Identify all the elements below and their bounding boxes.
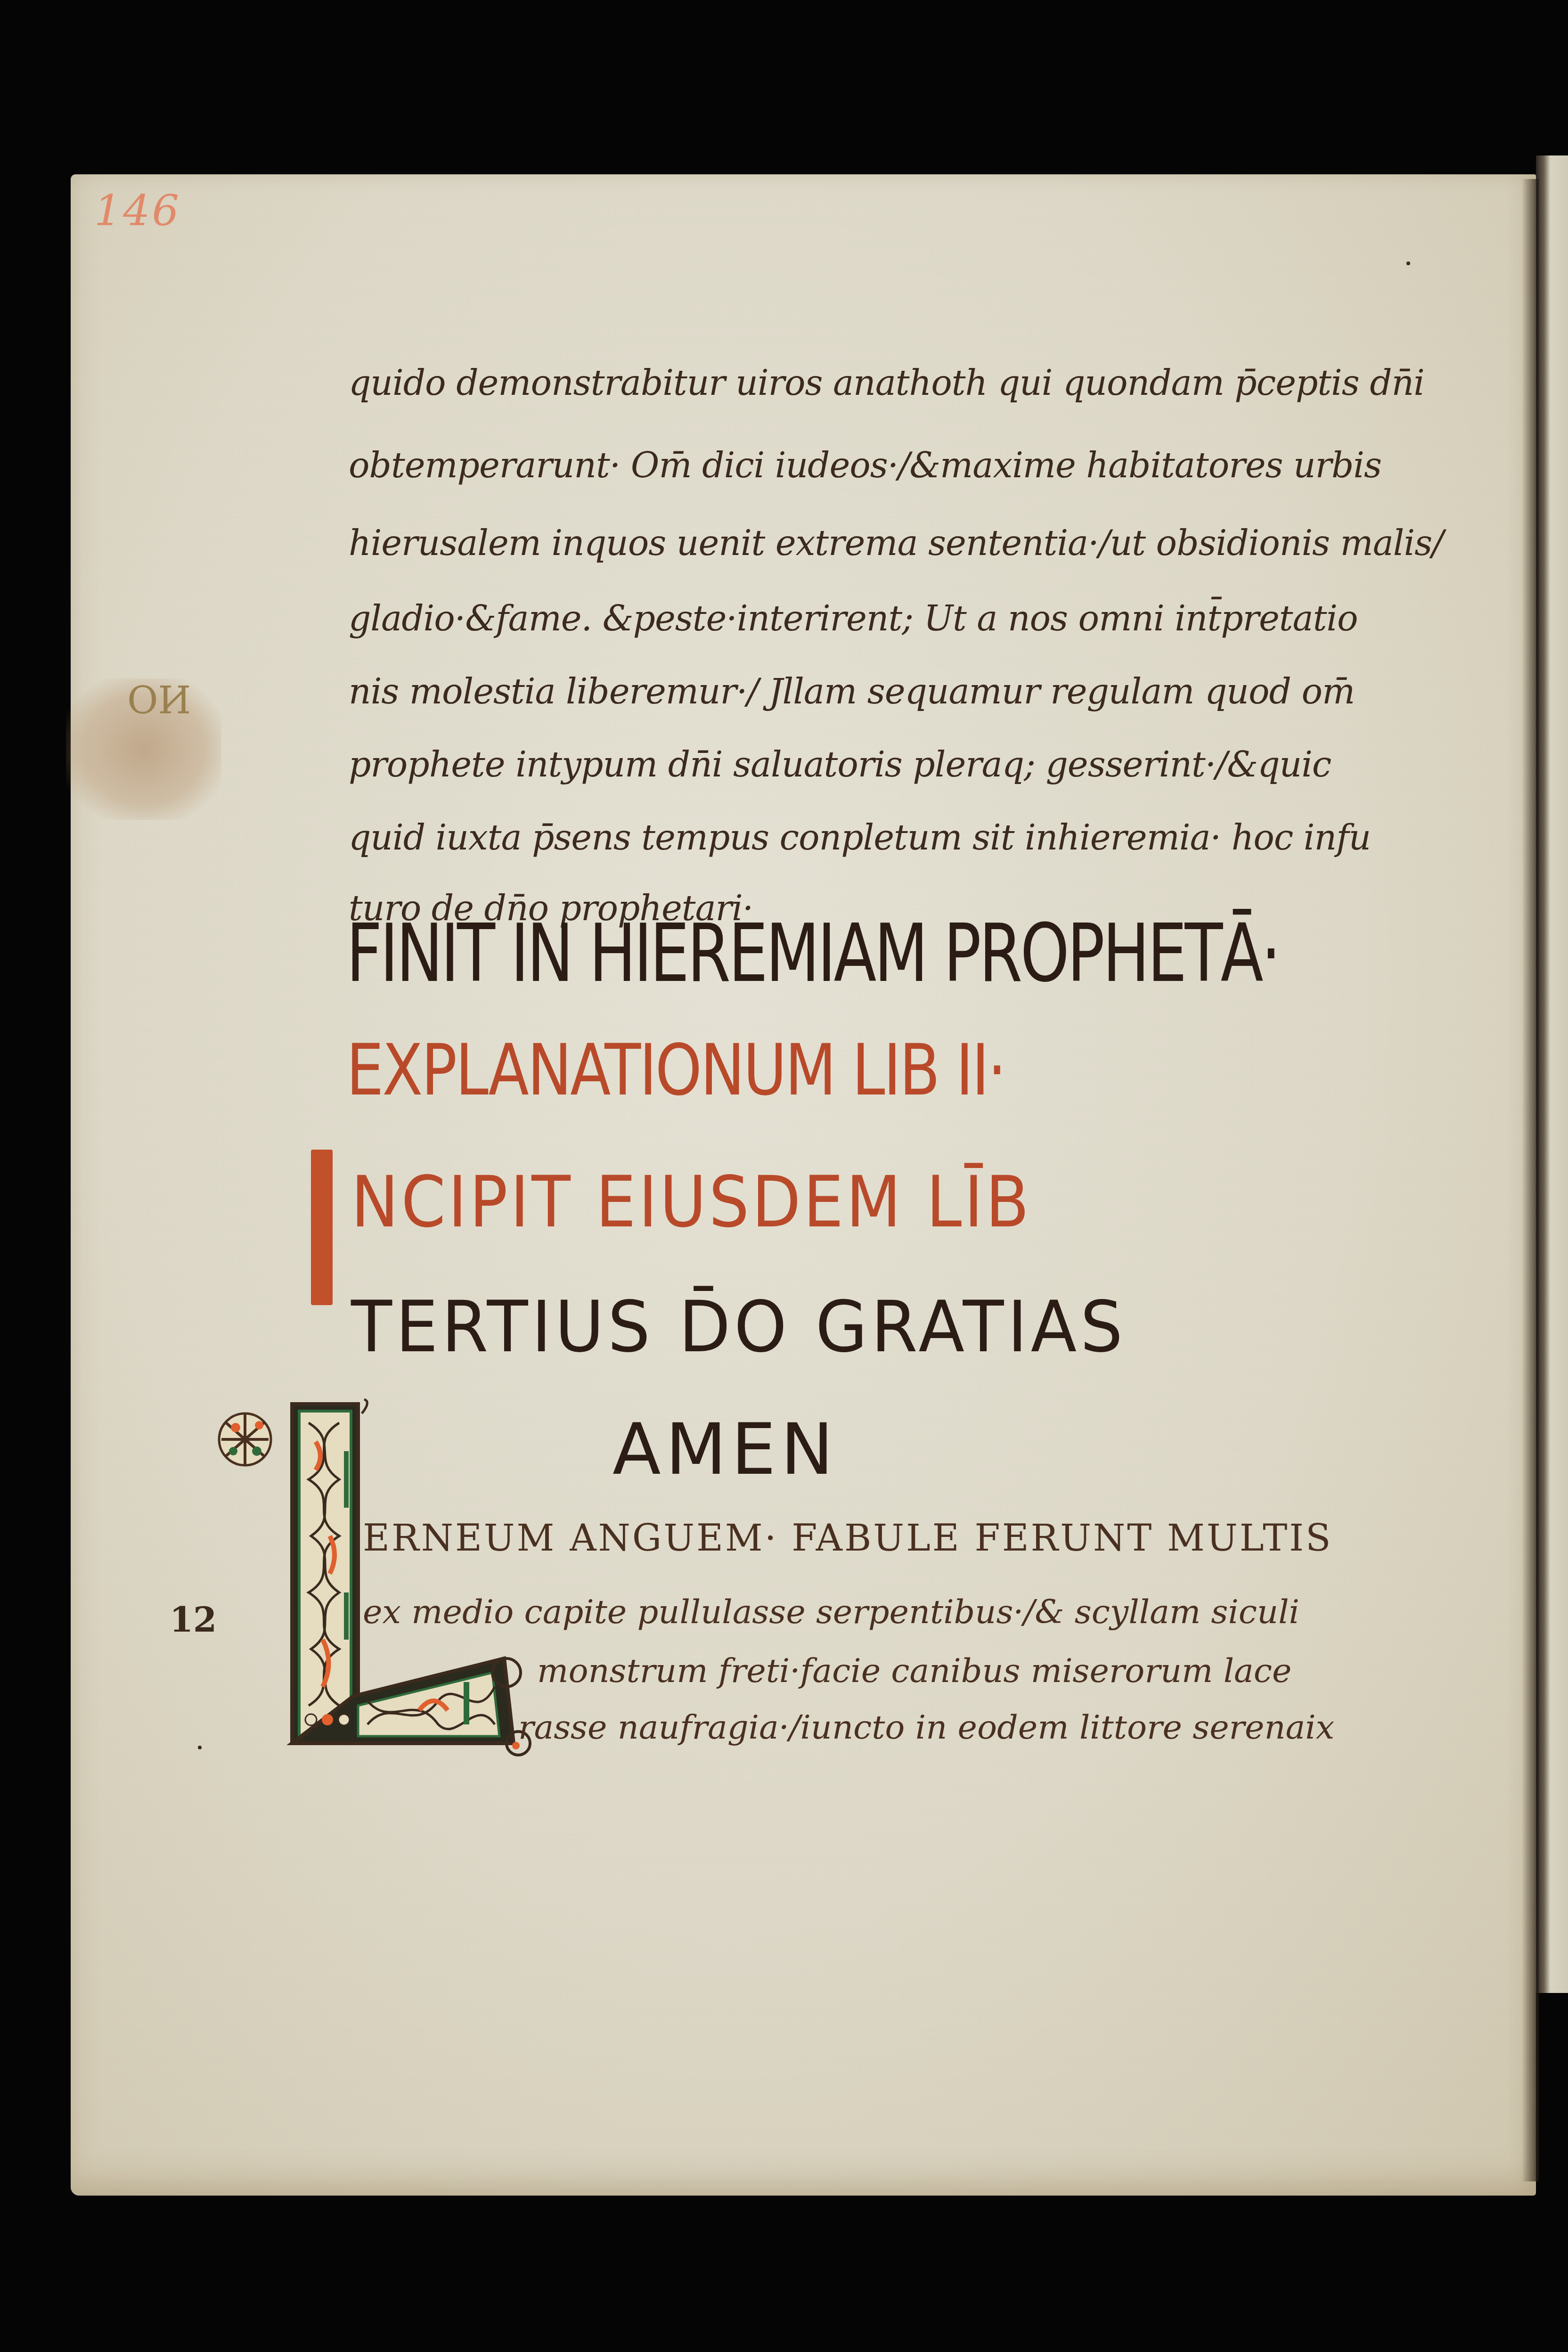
explicit-rubric: FINIT IN HIEREMIAM PROPHETĀ·	[346, 907, 1279, 1000]
ink-speck	[198, 1746, 202, 1749]
text-line: hierusalem inquos uenit extrema sententi…	[349, 523, 1479, 563]
amen-rubric: AMEN	[612, 1409, 838, 1491]
book-three-line: ex medio capite pullulasse serpentibus·/…	[363, 1592, 1299, 1631]
margin-stain-text: ОИ	[127, 678, 191, 722]
text-line: gladio·&fame. &peste·interirent; Ut a no…	[349, 598, 1479, 639]
explanationum-rubric: EXPLANATIONUM LIB II·	[346, 1029, 1005, 1111]
decorated-initial-L-icon	[212, 1395, 551, 1767]
text-line: nis molestia liberemur·/ Jllam sequamur …	[349, 671, 1479, 712]
book-three-line: rasse naufragia·/iuncto in eodem littore…	[518, 1708, 1334, 1747]
gutter-shadow	[1522, 179, 1539, 2181]
incipit-initial-I	[311, 1150, 333, 1305]
book-three-line: ERNEUM ANGUEM· FABULE FERUNT MULTIS	[363, 1517, 1332, 1560]
knot-ornament	[219, 1413, 271, 1465]
facing-page-edge	[1536, 155, 1568, 1993]
text-line: obtemperarunt· Om̄ dici iudeos·/&maxime …	[349, 445, 1479, 486]
text-line: quid iuxta p̄sens tempus conpletum sit i…	[349, 817, 1479, 858]
tertius-rubric: TERTIUS D̄O GRATIAS	[351, 1286, 1127, 1368]
book-three-line: monstrum freti·facie canibus miserorum l…	[537, 1651, 1291, 1690]
marginal-numeral: 12	[170, 1600, 217, 1640]
incipit-rubric: NCIPIT EIUSDEM LĪB	[351, 1161, 1032, 1243]
text-line: prophete intypum dn̄i saluatoris pleraq;…	[349, 744, 1479, 785]
text-line: quido demonstrabitur uiros anathoth qui …	[349, 363, 1479, 403]
folio-number: 146	[94, 186, 181, 236]
ink-speck	[1406, 261, 1410, 265]
